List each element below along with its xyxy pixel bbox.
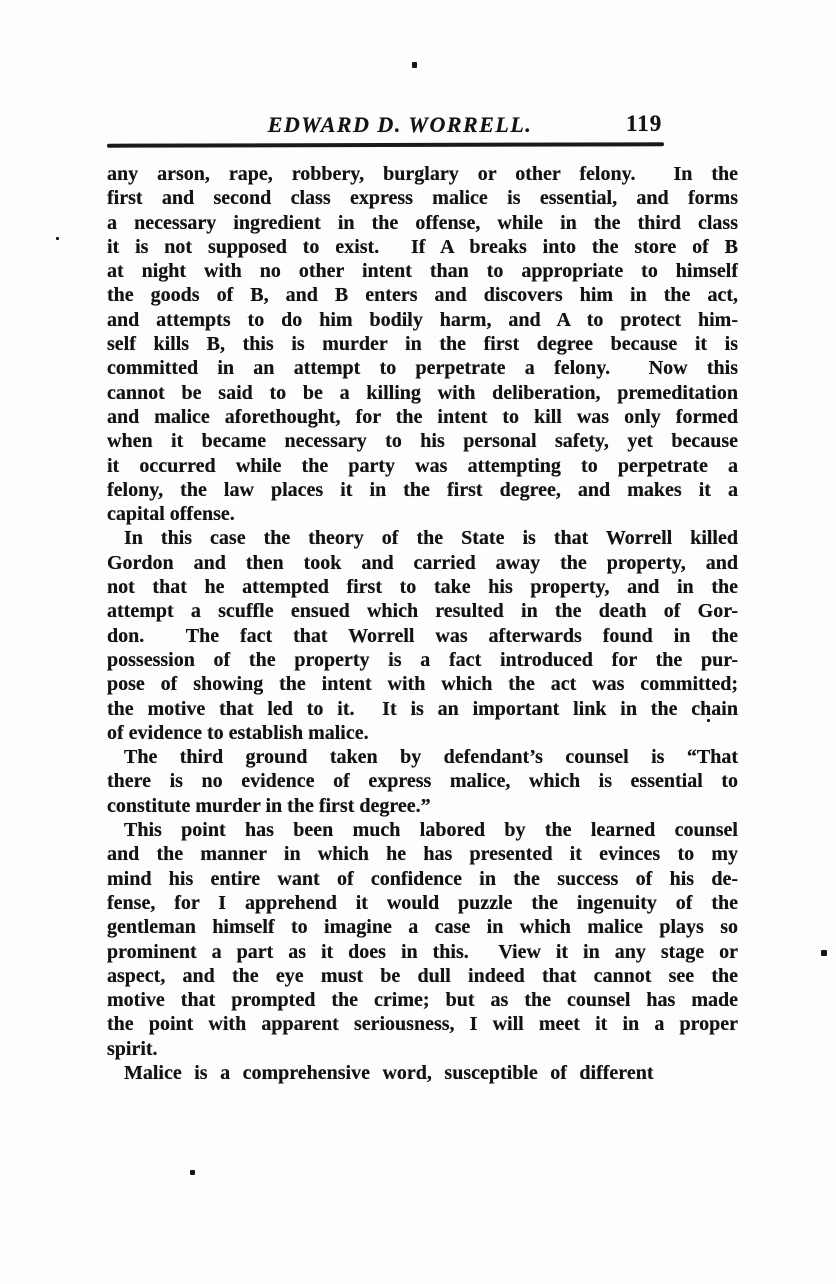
- text-line: aspect, and the eye must be dull indeed …: [107, 964, 738, 988]
- paragraph: The third ground taken by defendant’s co…: [107, 745, 738, 818]
- text-line: mind his entire want of confidence in th…: [107, 867, 738, 891]
- text-line: possession of the property is a fact int…: [107, 648, 738, 672]
- text-line: at night with no other intent than to ap…: [107, 259, 738, 283]
- text-line: and the manner in which he has presented…: [107, 842, 738, 866]
- text-line: constitute murder in the first degree.”: [107, 794, 738, 818]
- text-line: fense, for I apprehend it would puzzle t…: [107, 891, 738, 915]
- text-line: a necessary ingredient in the offense, w…: [107, 211, 738, 235]
- text-line: don. The fact that Worrell was afterward…: [107, 624, 738, 648]
- text-line: felony, the law places it in the first d…: [107, 478, 738, 502]
- text-line: cannot be said to be a killing with deli…: [107, 381, 738, 405]
- text-line: pose of showing the intent with which th…: [107, 672, 738, 696]
- running-header-title: EDWARD D. WORRELL.: [268, 112, 533, 138]
- text-line: spirit.: [107, 1037, 738, 1061]
- text-line: it is not supposed to exist. If A breaks…: [107, 235, 738, 259]
- ink-speck: [821, 950, 827, 956]
- text-line: The third ground taken by defendant’s co…: [107, 745, 738, 769]
- text-line: motive that prompted the crime; but as t…: [107, 988, 738, 1012]
- text-line: the motive that led to it. It is an impo…: [107, 697, 738, 721]
- text-line: capital offense.: [107, 502, 738, 526]
- text-line: of evidence to establish malice.: [107, 721, 738, 745]
- text-line: In this case the theory of the State is …: [107, 526, 738, 550]
- text-line: not that he attempted first to take his …: [107, 575, 738, 599]
- text-line: first and second class express malice is…: [107, 186, 738, 210]
- header-rule: [107, 142, 664, 147]
- text-line: This point has been much labored by the …: [107, 818, 738, 842]
- text-line: self kills B, this is murder in the firs…: [107, 332, 738, 356]
- text-line: and attempts to do him bodily harm, and …: [107, 308, 738, 332]
- text-line: attempt a scuffle ensued which resulted …: [107, 599, 738, 623]
- text-line: it occurred while the party was attempti…: [107, 454, 738, 478]
- text-line: when it became necessary to his personal…: [107, 429, 738, 453]
- ink-speck: [707, 719, 710, 722]
- ink-speck: [412, 62, 417, 68]
- text-line: committed in an attempt to perpetrate a …: [107, 356, 738, 380]
- ink-speck: [190, 1170, 195, 1175]
- paragraph: This point has been much labored by the …: [107, 818, 738, 1061]
- text-line: gentleman himself to imagine a case in w…: [107, 915, 738, 939]
- text-line: the point with apparent seriousness, I w…: [107, 1012, 738, 1036]
- scanned-book-page: EDWARD D. WORRELL. 119 any arson, rape, …: [0, 0, 836, 1284]
- paragraph: Malice is a comprehensive word, suscepti…: [107, 1061, 738, 1085]
- text-line: any arson, rape, robbery, burglary or ot…: [107, 162, 738, 186]
- text-line: Malice is a comprehensive word, suscepti…: [107, 1061, 738, 1085]
- paragraph: In this case the theory of the State is …: [107, 526, 738, 745]
- text-line: there is no evidence of express malice, …: [107, 769, 738, 793]
- text-line: and malice aforethought, for the intent …: [107, 405, 738, 429]
- page-body: any arson, rape, robbery, burglary or ot…: [107, 162, 738, 1085]
- text-line: Gordon and then took and carried away th…: [107, 551, 738, 575]
- ink-speck: [56, 237, 59, 240]
- paragraph: any arson, rape, robbery, burglary or ot…: [107, 162, 738, 526]
- text-line: the goods of B, and B enters and discove…: [107, 283, 738, 307]
- text-line: prominent a part as it does in this. Vie…: [107, 940, 738, 964]
- page-number: 119: [626, 111, 662, 137]
